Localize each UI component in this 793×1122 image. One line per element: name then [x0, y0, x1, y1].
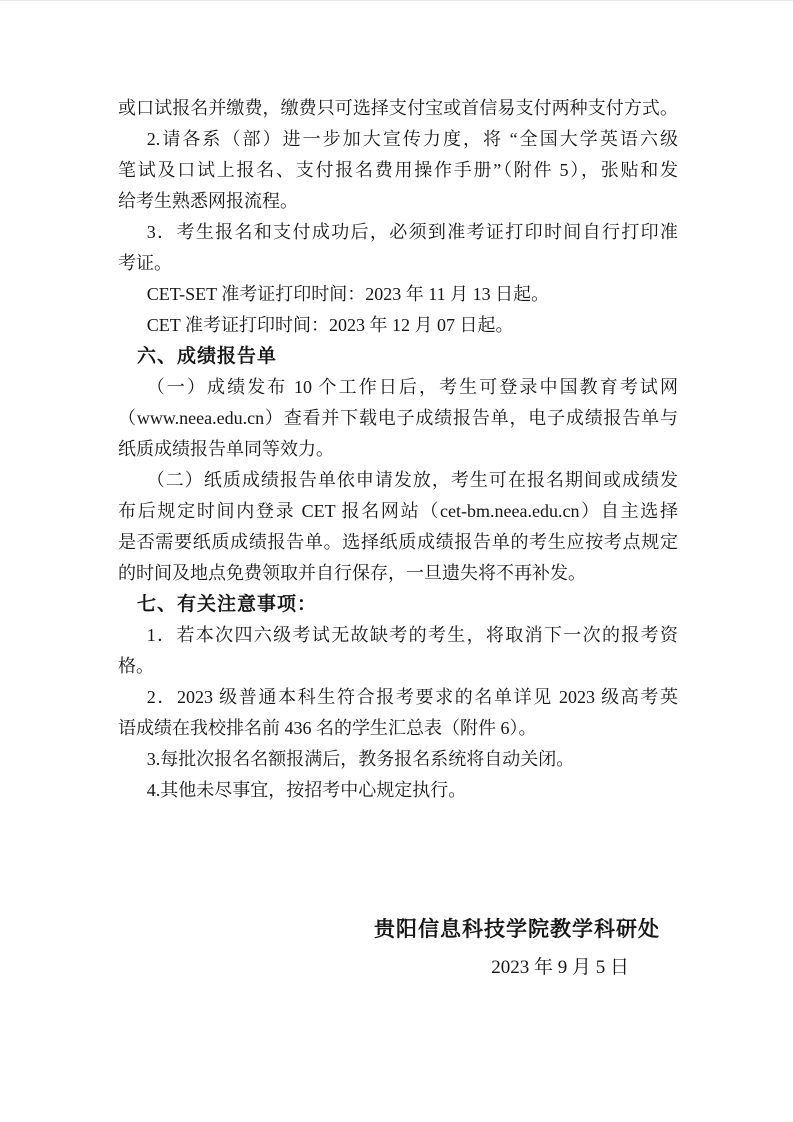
- line-paper-report-1: （二）纸质成绩报告单依申请发放，考生可在报名期间或成绩发: [118, 465, 678, 496]
- line-pay-continuation: 或口试报名并缴费，缴费只可选择支付宝或首信易支付两种支付方式。: [118, 93, 678, 124]
- line-score-report-2: （www.neea.edu.cn）查看并下载电子成绩报告单，电子成绩报告单与: [118, 403, 678, 434]
- line-note2-2: 语成绩在我校排名前 436 名的学生汇总表（附件 6）。: [118, 713, 678, 744]
- line-item2-2: 笔试及口试上报名、支付报名费用操作手册”（附件 5），张贴和发: [118, 155, 678, 186]
- document-body: 或口试报名并缴费，缴费只可选择支付宝或首信易支付两种支付方式。 2.请各系（部）…: [118, 93, 678, 806]
- line-note1-2: 格。: [118, 651, 678, 682]
- line-cetset-print-time: CET-SET 准考证打印时间：2023 年 11 月 13 日起。: [118, 279, 678, 310]
- line-paper-report-3: 是否需要纸质成绩报告单。选择纸质成绩报告单的考生应按考点规定: [118, 527, 678, 558]
- line-item2-3: 给考生熟悉网报流程。: [118, 186, 678, 217]
- line-item3-1: 3．考生报名和支付成功后，必须到准考证打印时间自行打印准: [118, 217, 678, 248]
- line-item2-1: 2.请各系（部）进一步加大宣传力度，将 “全国大学英语六级: [118, 124, 678, 155]
- line-score-report-1: （一）成绩发布 10 个工作日后，考生可登录中国教育考试网: [118, 372, 678, 403]
- line-note3: 3.每批次报名名额报满后，教务报名系统将自动关闭。: [118, 744, 678, 775]
- heading-section-7-notes: 七、有关注意事项：: [118, 589, 678, 620]
- line-paper-report-4: 的时间及地点免费领取并自行保存，一旦遗失将不再补发。: [118, 558, 678, 589]
- line-paper-report-2: 布后规定时间内登录 CET 报名网站（cet-bm.neea.edu.cn）自主…: [118, 496, 678, 527]
- line-note4: 4.其他未尽事宜，按招考中心规定执行。: [118, 775, 678, 806]
- line-note2-1: 2．2023 级普通本科生符合报考要求的名单详见 2023 级高考英: [118, 682, 678, 713]
- signature-block: 贵阳信息科技学院教学科研处 2023 年 9 月 5 日: [118, 913, 678, 983]
- line-cet-print-time: CET 准考证打印时间：2023 年 12 月 07 日起。: [118, 310, 678, 341]
- heading-section-6-score-report: 六、成绩报告单: [118, 341, 678, 372]
- line-note1-1: 1．若本次四六级考试无故缺考的考生，将取消下一次的报考资: [118, 620, 678, 651]
- signature-date: 2023 年 9 月 5 日: [118, 953, 629, 983]
- line-item3-2: 考证。: [118, 248, 678, 279]
- document-page: 或口试报名并缴费，缴费只可选择支付宝或首信易支付两种支付方式。 2.请各系（部）…: [0, 0, 793, 1122]
- signature-org: 贵阳信息科技学院教学科研处: [118, 913, 660, 947]
- line-score-report-3: 纸质成绩报告单同等效力。: [118, 434, 678, 465]
